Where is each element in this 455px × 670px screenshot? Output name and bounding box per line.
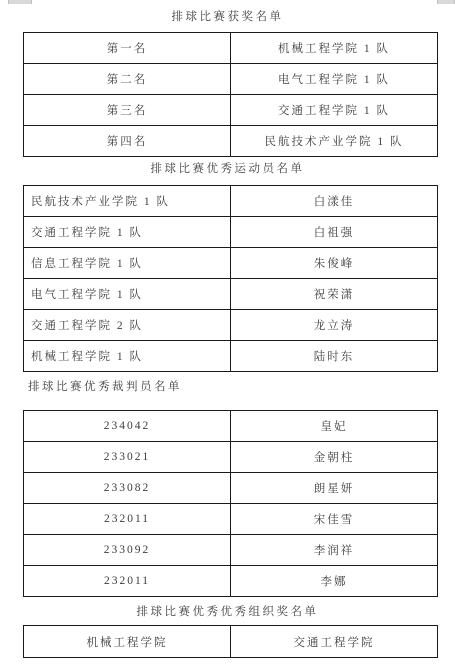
referees-table: 234042 皇妃 233021 金朝柱 233082 朗星妍 232011 宋… [23,410,438,597]
athlete-team-cell: 机械工程学院 1 队 [24,341,231,372]
org-cell: 交通工程学院 [231,626,438,658]
rank-cell: 第四名 [24,126,231,157]
table-row: 交通工程学院 1 队 白祖强 [24,217,438,248]
referee-name-cell: 金朝柱 [231,442,438,473]
org-cell: 机械工程学院 [24,626,231,658]
table-row: 交通工程学院 2 队 龙立涛 [24,310,438,341]
athlete-team-cell: 电气工程学院 1 队 [24,279,231,310]
team-cell: 电气工程学院 1 队 [231,64,438,95]
referee-id-cell: 233092 [24,535,231,566]
referee-name-cell: 皇妃 [231,411,438,442]
referee-name-cell: 李娜 [231,566,438,597]
table-row: 第三名 交通工程学院 1 队 [24,95,438,126]
table-row: 机械工程学院 1 队 陆时东 [24,341,438,372]
team-cell: 机械工程学院 1 队 [231,33,438,64]
athlete-team-cell: 交通工程学院 2 队 [24,310,231,341]
table-row: 232011 宋佳雪 [24,504,438,535]
table-row: 234042 皇妃 [24,411,438,442]
athlete-name-cell: 白漾佳 [231,186,438,217]
organization-section-title: 排球比赛优秀优秀组织奖名单 [0,605,455,619]
athlete-team-cell: 信息工程学院 1 队 [24,248,231,279]
document-page: 排球比赛获奖名单 第一名 机械工程学院 1 队 第二名 电气工程学院 1 队 第… [0,0,455,670]
athlete-team-cell: 民航技术产业学院 1 队 [24,186,231,217]
athlete-team-cell: 交通工程学院 1 队 [24,217,231,248]
rank-cell: 第二名 [24,64,231,95]
athletes-section-title: 排球比赛优秀运动员名单 [0,162,455,176]
athletes-table: 民航技术产业学院 1 队 白漾佳 交通工程学院 1 队 白祖强 信息工程学院 1… [23,185,438,372]
table-row: 民航技术产业学院 1 队 白漾佳 [24,186,438,217]
awards-section-title: 排球比赛获奖名单 [0,10,455,24]
referee-id-cell: 232011 [24,566,231,597]
table-row: 信息工程学院 1 队 朱俊峰 [24,248,438,279]
team-cell: 民航技术产业学院 1 队 [231,126,438,157]
referee-name-cell: 李润祥 [231,535,438,566]
table-row: 233082 朗星妍 [24,473,438,504]
table-row: 机械工程学院 交通工程学院 [24,626,438,658]
table-row: 232011 李娜 [24,566,438,597]
table-row: 电气工程学院 1 队 祝荣潇 [24,279,438,310]
athlete-name-cell: 龙立涛 [231,310,438,341]
team-cell: 交通工程学院 1 队 [231,95,438,126]
table-row: 233021 金朝柱 [24,442,438,473]
table-row: 233092 李润祥 [24,535,438,566]
athlete-name-cell: 朱俊峰 [231,248,438,279]
referee-id-cell: 233082 [24,473,231,504]
organization-table: 机械工程学院 交通工程学院 [23,625,438,658]
athlete-name-cell: 陆时东 [231,341,438,372]
referee-name-cell: 宋佳雪 [231,504,438,535]
table-row: 第四名 民航技术产业学院 1 队 [24,126,438,157]
referee-id-cell: 233021 [24,442,231,473]
athlete-name-cell: 祝荣潇 [231,279,438,310]
referees-section-title: 排球比赛优秀裁判员名单 [28,380,438,394]
table-row: 第二名 电气工程学院 1 队 [24,64,438,95]
awards-table: 第一名 机械工程学院 1 队 第二名 电气工程学院 1 队 第三名 交通工程学院… [23,32,438,157]
rank-cell: 第三名 [24,95,231,126]
table-row: 第一名 机械工程学院 1 队 [24,33,438,64]
referee-id-cell: 234042 [24,411,231,442]
athlete-name-cell: 白祖强 [231,217,438,248]
page-corner-mark-left [8,0,32,4]
page-corner-mark-right [437,0,455,4]
rank-cell: 第一名 [24,33,231,64]
referee-id-cell: 232011 [24,504,231,535]
referee-name-cell: 朗星妍 [231,473,438,504]
